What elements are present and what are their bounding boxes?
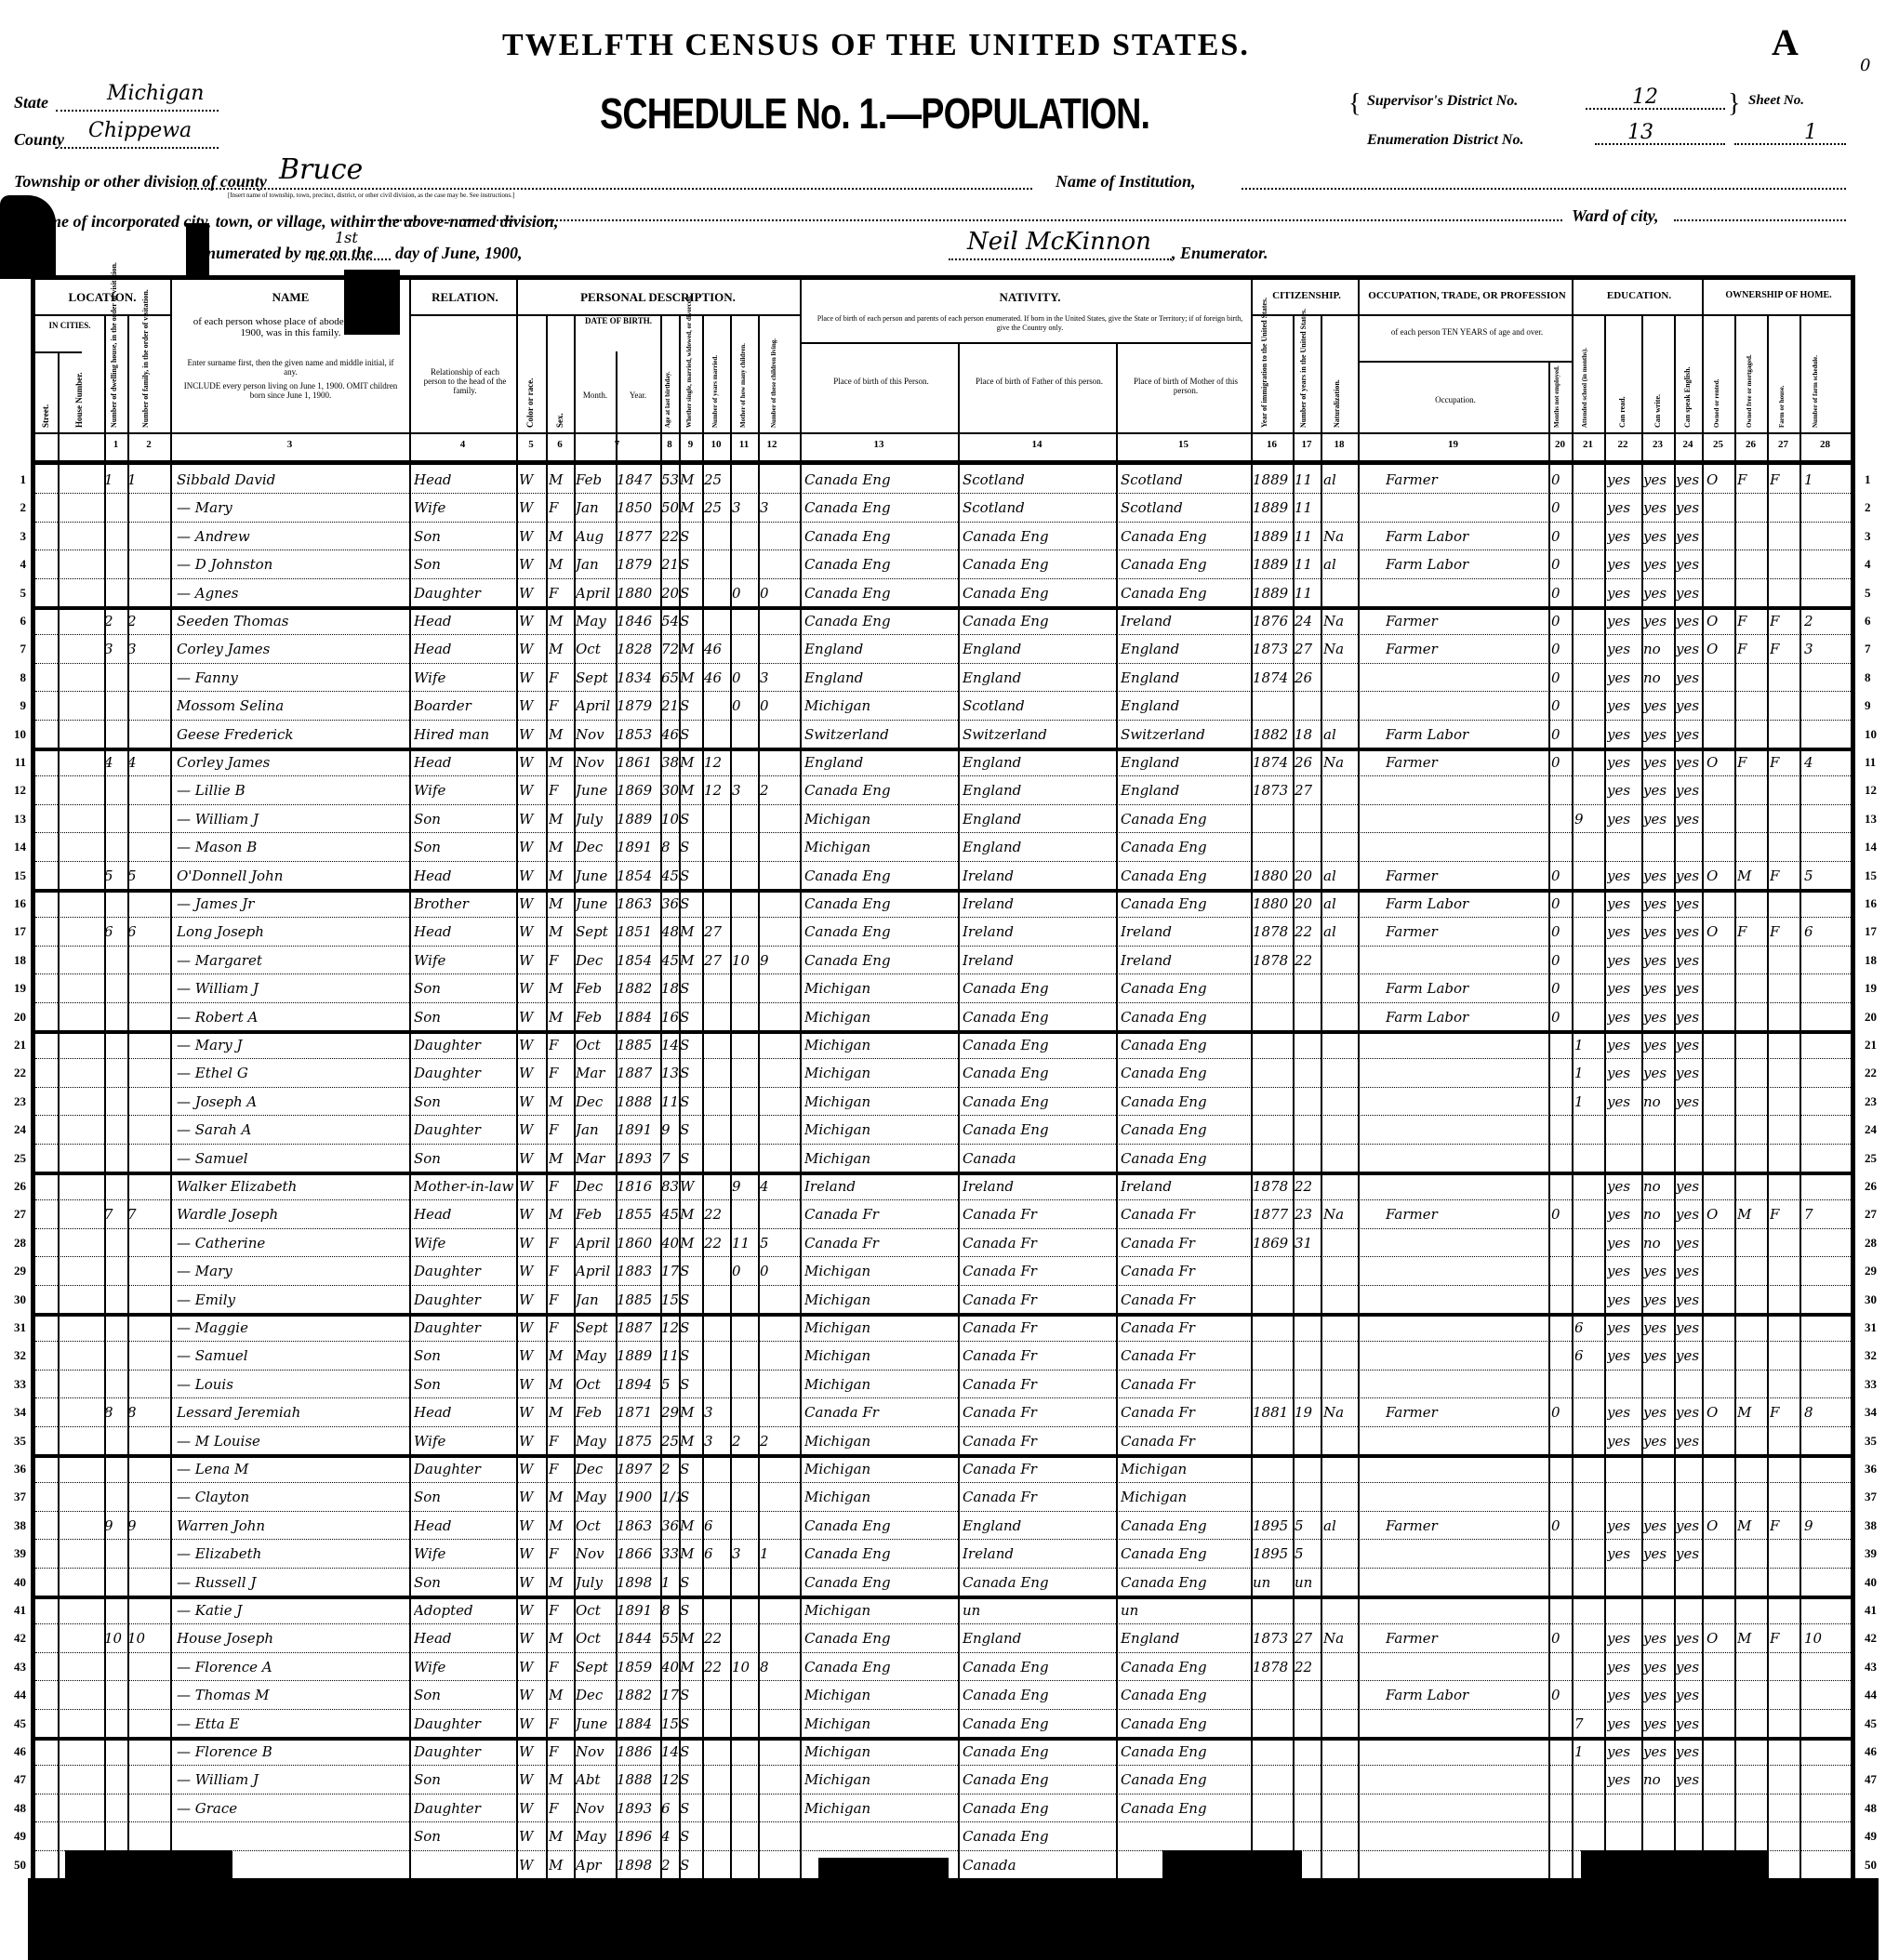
cell-color: W <box>519 640 546 658</box>
row-divider <box>35 663 1851 665</box>
cell-pb: Canada Eng <box>804 781 958 800</box>
cell-month: Sept <box>576 1318 616 1337</box>
col-can-read: Can read. <box>1618 335 1627 428</box>
col-farm-house: Farm or house. <box>1778 321 1786 428</box>
cell-write: yes <box>1643 867 1674 885</box>
cell-year: 1898 <box>617 1573 660 1592</box>
cell-sex: M <box>549 1346 574 1365</box>
cell-farm: F <box>1770 1629 1798 1648</box>
cell-year: 1894 <box>617 1375 660 1394</box>
cell-yrs: 19 <box>1295 1403 1321 1422</box>
cell-liv: 3 <box>760 669 786 687</box>
cell-yrs: 24 <box>1295 612 1321 630</box>
cell-unemp: 0 <box>1551 1629 1572 1648</box>
cell-pb: Canada Eng <box>804 470 958 489</box>
cell-year: 1893 <box>617 1799 660 1818</box>
row-number-right: 45 <box>1865 1716 1892 1731</box>
cell-nat: al <box>1323 1516 1358 1535</box>
cell-fb: Canada Eng <box>963 1799 1116 1818</box>
state-label: State <box>14 93 48 113</box>
cell-eng: yes <box>1676 1234 1702 1252</box>
cell-imm: 1873 <box>1253 640 1293 658</box>
cell-sex: M <box>549 612 574 630</box>
row-number: 37 <box>2 1490 26 1504</box>
cell-age: 14 <box>661 1036 679 1054</box>
cell-write: yes <box>1643 1715 1674 1733</box>
cell-mar: M <box>680 1516 702 1535</box>
scan-damage <box>818 1858 949 1886</box>
cell-year: 1879 <box>617 555 660 574</box>
scan-damage <box>28 1878 1879 1960</box>
scan-damage <box>1581 1850 1767 1887</box>
cell-own: O <box>1706 1403 1734 1422</box>
cell-write: yes <box>1643 951 1674 970</box>
cell-month: June <box>576 894 616 913</box>
cell-age: 33 <box>661 1544 679 1563</box>
cell-mar: S <box>680 584 702 603</box>
cell-color: W <box>519 1658 546 1676</box>
cell-read: yes <box>1607 1318 1641 1337</box>
col-can-speak-english: Can speak English. <box>1683 321 1692 428</box>
incorporated-label: Name of incorporated city, town, or vill… <box>28 212 558 232</box>
cell-free: F <box>1737 753 1765 772</box>
cell-year: 1888 <box>617 1093 660 1111</box>
row-number: 39 <box>2 1546 26 1561</box>
cell-fb: Canada Eng <box>963 612 1116 630</box>
cell-rel: Son <box>414 527 516 546</box>
cell-farm: F <box>1770 1205 1798 1224</box>
cell-mar: S <box>680 1686 702 1704</box>
enumerated-day: 1st <box>335 229 358 246</box>
row-divider <box>35 889 1851 893</box>
cell-mar: S <box>680 1488 702 1506</box>
cell-pb: Michigan <box>804 1460 958 1478</box>
cell-sex: F <box>549 669 574 687</box>
row-number-right: 47 <box>1865 1772 1892 1787</box>
cell-mb: Canada Eng <box>1121 1770 1251 1789</box>
cell-month: July <box>576 1573 616 1592</box>
cell-name: — Agnes <box>177 584 409 603</box>
supervisor-label: Supervisor's District No. <box>1367 93 1518 110</box>
cell-pb: Canada Eng <box>804 1544 958 1563</box>
cell-fb: Canada Fr <box>963 1432 1116 1450</box>
cell-mar: M <box>680 1544 702 1563</box>
cell-color: W <box>519 1177 546 1196</box>
row-number: 30 <box>2 1292 26 1307</box>
cell-year: 1828 <box>617 640 660 658</box>
cell-month: Feb <box>576 1205 616 1224</box>
cell-age: 5 <box>661 1375 679 1394</box>
cell-fb: Canada Eng <box>963 1742 1116 1761</box>
row-number-right: 39 <box>1865 1546 1892 1561</box>
cell-imm: 1882 <box>1253 725 1293 744</box>
cell-imm: 1889 <box>1253 584 1293 603</box>
cell-rel: Wife <box>414 498 516 517</box>
cell-month: Nov <box>576 725 616 744</box>
row-divider <box>35 973 1851 975</box>
cell-rel: Son <box>414 1093 516 1111</box>
cell-eng: yes <box>1676 1008 1702 1026</box>
cell-year: 1875 <box>617 1432 660 1450</box>
cell-mb: Canada Eng <box>1121 1516 1251 1535</box>
row-divider <box>35 606 1851 610</box>
cell-read: yes <box>1607 498 1641 517</box>
cell-write: yes <box>1643 1432 1674 1450</box>
cell-age: 55 <box>661 1629 679 1648</box>
cell-year: 1844 <box>617 1629 660 1648</box>
cell-mb: Canada Eng <box>1121 555 1251 574</box>
cell-color: W <box>519 894 546 913</box>
row-divider <box>35 1058 1851 1060</box>
cell-mb: England <box>1121 1629 1251 1648</box>
cell-year: 1847 <box>617 470 660 489</box>
cell-nat: al <box>1323 470 1358 489</box>
cell-name: — Mary <box>177 498 409 517</box>
row-divider <box>35 1539 1851 1541</box>
cell-color: W <box>519 1629 546 1648</box>
cell-age: 40 <box>661 1658 679 1676</box>
cell-year: 1884 <box>617 1008 660 1026</box>
cell-age: 72 <box>661 640 679 658</box>
cell-unemp: 0 <box>1551 696 1572 715</box>
cell-read: yes <box>1607 696 1641 715</box>
cell-pb: Canada Eng <box>804 922 958 941</box>
cell-dw: 9 <box>104 1516 127 1535</box>
cell-year: 1882 <box>617 979 660 998</box>
cell-color: W <box>519 753 546 772</box>
cell-write: no <box>1643 1177 1674 1196</box>
cell-age: 48 <box>661 922 679 941</box>
row-divider <box>35 1115 1851 1117</box>
cell-farm: F <box>1770 612 1798 630</box>
cell-rel: Son <box>414 555 516 574</box>
row-divider <box>35 550 1851 551</box>
cell-age: 38 <box>661 753 679 772</box>
row-number: 44 <box>2 1688 26 1702</box>
cell-color: W <box>519 498 546 517</box>
cell-color: W <box>519 979 546 998</box>
cell-age: 45 <box>661 867 679 885</box>
cell-fb: Ireland <box>963 951 1116 970</box>
cell-mb: Ireland <box>1121 951 1251 970</box>
cell-month: July <box>576 810 616 828</box>
cell-name: — Elizabeth <box>177 1544 409 1563</box>
cell-rel: Son <box>414 1488 516 1506</box>
cell-fam: 6 <box>127 922 170 941</box>
cell-rel: Daughter <box>414 1742 516 1761</box>
cell-eng: yes <box>1676 1036 1702 1054</box>
row-number-right: 26 <box>1865 1179 1892 1194</box>
cell-unemp: 0 <box>1551 1205 1572 1224</box>
cell-ym: 22 <box>704 1658 730 1676</box>
cell-fb: Canada Eng <box>963 1715 1116 1733</box>
cell-fb: England <box>963 781 1116 800</box>
cell-color: W <box>519 1318 546 1337</box>
cell-liv: 0 <box>760 696 786 715</box>
cell-unemp: 0 <box>1551 555 1572 574</box>
row-divider <box>35 1370 1851 1371</box>
cell-fb: Canada Eng <box>963 584 1116 603</box>
cell-read: yes <box>1607 669 1641 687</box>
row-number-right: 31 <box>1865 1320 1892 1335</box>
cell-sex: M <box>549 1008 574 1026</box>
cell-eng: yes <box>1676 612 1702 630</box>
row-number-right: 38 <box>1865 1518 1892 1533</box>
cell-sex: M <box>549 725 574 744</box>
cell-fb: Canada Eng <box>963 1093 1116 1111</box>
cell-mar: S <box>680 1770 702 1789</box>
cell-yrs: 31 <box>1295 1234 1321 1252</box>
cell-write: no <box>1643 1205 1674 1224</box>
cell-sex: M <box>549 1516 574 1535</box>
cell-mar: S <box>680 867 702 885</box>
cell-imm: 1878 <box>1253 1177 1293 1196</box>
cell-yrs: 11 <box>1295 527 1321 546</box>
cell-write: yes <box>1643 922 1674 941</box>
cell-sex: F <box>549 1799 574 1818</box>
cell-sex: F <box>549 1715 574 1733</box>
cell-name: Walker Elizabeth <box>177 1177 409 1196</box>
cell-pb: Michigan <box>804 1488 958 1506</box>
cell-occ: Farmer <box>1386 612 1548 630</box>
cell-name: House Joseph <box>177 1629 409 1648</box>
row-number-right: 23 <box>1865 1094 1892 1109</box>
cell-pb: Canada Eng <box>804 1658 958 1676</box>
col-age: Age at last birthday. <box>664 321 671 428</box>
cell-dw: 3 <box>104 640 127 658</box>
cell-eng: yes <box>1676 470 1702 489</box>
cell-ym: 22 <box>704 1629 730 1648</box>
row-divider <box>35 1709 1851 1711</box>
cell-sex: F <box>549 1262 574 1280</box>
cell-fb: Scotland <box>963 470 1116 489</box>
row-number-right: 40 <box>1865 1575 1892 1590</box>
cell-mar: M <box>680 781 702 800</box>
row-number-right: 3 <box>1865 529 1892 544</box>
cell-mb: Ireland <box>1121 612 1251 630</box>
cell-color: W <box>519 1544 546 1563</box>
cell-sched: 1 <box>1804 470 1851 489</box>
cell-read: yes <box>1607 1432 1641 1450</box>
row-divider <box>35 1511 1851 1513</box>
cell-rel: Son <box>414 1375 516 1394</box>
cell-sch: 1 <box>1574 1093 1604 1111</box>
cell-eng: yes <box>1676 979 1702 998</box>
cell-unemp: 0 <box>1551 951 1572 970</box>
cell-eng: yes <box>1676 1205 1702 1224</box>
cell-year: 1861 <box>617 753 660 772</box>
cell-year: 1834 <box>617 669 660 687</box>
row-divider <box>35 1623 1851 1625</box>
cell-month: Apr <box>576 1856 616 1874</box>
cell-mb: Canada Fr <box>1121 1346 1251 1365</box>
cell-name: — Russell J <box>177 1573 409 1592</box>
cell-nat: al <box>1323 725 1358 744</box>
cell-age: 20 <box>661 584 679 603</box>
cell-sched: 8 <box>1804 1403 1851 1422</box>
cell-month: May <box>576 1488 616 1506</box>
cell-fb: Canada Eng <box>963 1120 1116 1139</box>
cell-eng: yes <box>1676 1346 1702 1365</box>
row-number: 19 <box>2 981 26 996</box>
row-number-right: 24 <box>1865 1122 1892 1137</box>
cell-rel: Son <box>414 1827 516 1846</box>
cell-fam: 7 <box>127 1205 170 1224</box>
col-family: Number of family, in the order of visita… <box>141 321 150 428</box>
scan-damage <box>1162 1850 1302 1887</box>
cell-age: 29 <box>661 1403 679 1422</box>
cell-mar: M <box>680 1658 702 1676</box>
cell-month: Dec <box>576 951 616 970</box>
cell-nat: Na <box>1323 1403 1358 1422</box>
cell-sex: M <box>549 1770 574 1789</box>
cell-month: Jan <box>576 1291 616 1309</box>
cell-month: Feb <box>576 1008 616 1026</box>
cell-eng: yes <box>1676 1291 1702 1309</box>
row-number-right: 28 <box>1865 1236 1892 1251</box>
cell-fb: Scotland <box>963 696 1116 715</box>
cell-eng: yes <box>1676 1318 1702 1337</box>
cell-write: yes <box>1643 527 1674 546</box>
cell-unemp: 0 <box>1551 1403 1572 1422</box>
cell-age: 4 <box>661 1827 679 1846</box>
cell-month: April <box>576 584 616 603</box>
cell-sex: F <box>549 696 574 715</box>
cell-nat: al <box>1323 867 1358 885</box>
cell-color: W <box>519 584 546 603</box>
cell-unemp: 0 <box>1551 584 1572 603</box>
col-months-unemployed: Months not employed. <box>1553 367 1560 428</box>
cell-mb: Canada Eng <box>1121 527 1251 546</box>
cell-mar: S <box>680 1742 702 1761</box>
row-number-right: 25 <box>1865 1151 1892 1166</box>
cell-read: yes <box>1607 1262 1641 1280</box>
cell-age: 1/12 <box>661 1488 679 1506</box>
cell-name: — Lillie B <box>177 781 409 800</box>
cell-mb: Canada Eng <box>1121 1799 1251 1818</box>
row-number-right: 43 <box>1865 1660 1892 1675</box>
row-number-right: 17 <box>1865 924 1892 939</box>
cell-age: 17 <box>661 1262 679 1280</box>
cell-unemp: 0 <box>1551 1686 1572 1704</box>
cell-read: yes <box>1607 1686 1641 1704</box>
cell-imm: 1869 <box>1253 1234 1293 1252</box>
cell-eng: yes <box>1676 1403 1702 1422</box>
cell-age: 22 <box>661 527 679 546</box>
ward-label: Ward of city, <box>1572 206 1658 226</box>
cell-color: W <box>519 1856 546 1874</box>
row-number: 10 <box>2 727 26 742</box>
row-number: 24 <box>2 1122 26 1137</box>
cell-month: June <box>576 867 616 885</box>
cell-read: yes <box>1607 527 1641 546</box>
cell-write: yes <box>1643 1291 1674 1309</box>
cell-pb: Canada Eng <box>804 951 958 970</box>
scan-damage <box>0 195 56 279</box>
cell-fb: Ireland <box>963 1177 1116 1196</box>
cell-yrs: 5 <box>1295 1544 1321 1563</box>
row-divider <box>35 1596 1851 1599</box>
cell-name: Corley James <box>177 753 409 772</box>
row-divider <box>35 1285 1851 1287</box>
cell-unemp: 0 <box>1551 1008 1572 1026</box>
cell-mar: W <box>680 1177 702 1196</box>
state-value: Michigan <box>107 82 204 105</box>
cell-sex: M <box>549 1573 574 1592</box>
cell-sex: F <box>549 1432 574 1450</box>
cell-sex: M <box>549 1403 574 1422</box>
cell-mar: S <box>680 555 702 574</box>
row-number-right: 15 <box>1865 868 1892 883</box>
cell-write: no <box>1643 1234 1674 1252</box>
cell-liv: 1 <box>760 1544 786 1563</box>
cell-yrs: 11 <box>1295 555 1321 574</box>
cell-year: 1886 <box>617 1742 660 1761</box>
row-number-right: 22 <box>1865 1066 1892 1080</box>
cell-month: Oct <box>576 1036 616 1054</box>
cell-occ: Farm Labor <box>1386 1008 1548 1026</box>
cell-fb: Canada Eng <box>963 527 1116 546</box>
cell-imm: 1878 <box>1253 922 1293 941</box>
row-number: 25 <box>2 1151 26 1166</box>
cell-month: May <box>576 1346 616 1365</box>
cell-own: O <box>1706 922 1734 941</box>
enumerator-name: Neil McKinnon <box>967 228 1151 256</box>
cell-fb: England <box>963 669 1116 687</box>
cell-mar: M <box>680 470 702 489</box>
cell-occ: Farmer <box>1386 753 1548 772</box>
col-dwelling: Number of dwelling house, in the order o… <box>110 321 118 428</box>
cell-sex: F <box>549 1460 574 1478</box>
cell-age: 15 <box>661 1715 679 1733</box>
cell-eng: yes <box>1676 1658 1702 1676</box>
cell-sex: M <box>549 979 574 998</box>
cell-yrs: 23 <box>1295 1205 1321 1224</box>
township-note: [Insert name of township, town, precinct… <box>228 192 514 199</box>
cell-read: yes <box>1607 1629 1641 1648</box>
cell-eng: yes <box>1676 1432 1702 1450</box>
cell-write: yes <box>1643 1742 1674 1761</box>
cell-year: 1884 <box>617 1715 660 1733</box>
cell-month: Nov <box>576 1544 616 1563</box>
cell-mar: M <box>680 1629 702 1648</box>
cell-eng: yes <box>1676 922 1702 941</box>
cell-year: 1851 <box>617 922 660 941</box>
cell-dw: 1 <box>104 470 127 489</box>
cell-month: Dec <box>576 1686 616 1704</box>
row-number-right: 29 <box>1865 1264 1892 1278</box>
cell-name: — William J <box>177 810 409 828</box>
cell-imm: 1895 <box>1253 1544 1293 1563</box>
cell-rel: Head <box>414 640 516 658</box>
cell-write: yes <box>1643 584 1674 603</box>
cell-sch: 6 <box>1574 1346 1604 1365</box>
row-number: 6 <box>2 614 26 629</box>
cell-sex: F <box>549 1544 574 1563</box>
cell-sex: M <box>549 640 574 658</box>
row-number-right: 33 <box>1865 1377 1892 1392</box>
cell-age: 83 <box>661 1177 679 1196</box>
cell-year: 1887 <box>617 1318 660 1337</box>
cell-sex: F <box>549 951 574 970</box>
cell-age: 10 <box>661 810 679 828</box>
cell-mar: S <box>680 1715 702 1733</box>
cell-occ: Farmer <box>1386 1205 1548 1224</box>
cell-name: Sibbald David <box>177 470 409 489</box>
cell-year: 1887 <box>617 1064 660 1082</box>
cell-mb: Scotland <box>1121 498 1251 517</box>
cell-sched: 3 <box>1804 640 1851 658</box>
